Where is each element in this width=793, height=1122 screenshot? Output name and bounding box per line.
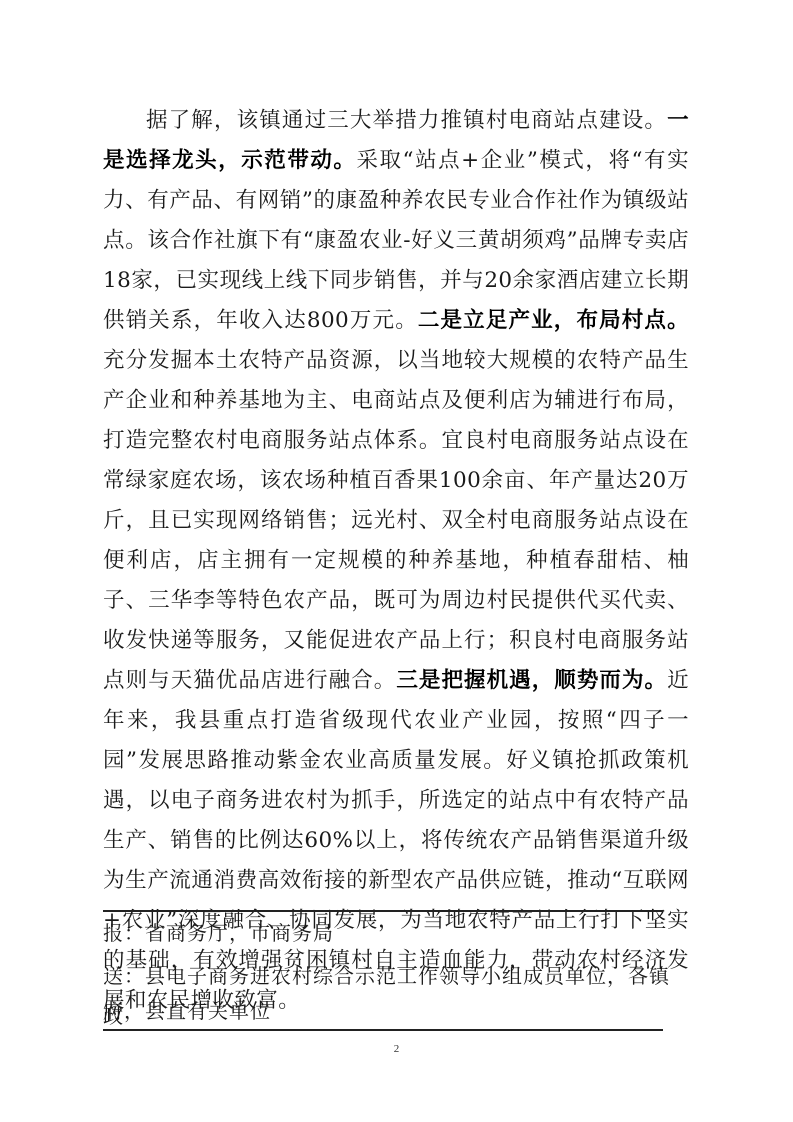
intro-text: 据了解，该镇通过三大举措力推镇村电商站点建设。 [146,108,667,133]
point-one-text: 采取“站点+企业”模式，将“有实力、有产品、有网销”的康盈种养农民专业合作社作为… [103,148,689,333]
document-page: 据了解，该镇通过三大举措力推镇村电商站点建设。一是选择龙头，示范带动。采取“站点… [0,0,793,1122]
point-two-heading: 二是立足产业，布局村点。 [418,308,689,333]
page-number: 2 [0,1043,793,1055]
body-paragraph: 据了解，该镇通过三大举措力推镇村电商站点建设。一是选择龙头，示范带动。采取“站点… [103,101,689,1021]
divider-bottom [103,1029,663,1031]
send-to-line-2: 府，县直有关单位 [103,991,689,1031]
divider-top [103,910,663,912]
point-two-text: 充分发掘本土农特产品资源，以当地较大规模的农特产品生产企业和种养基地为主、电商站… [103,348,689,693]
report-to-line: 报：省商务厅，市商务局 [103,913,689,953]
point-three-heading: 三是把握机遇，顺势而为。 [396,668,667,693]
